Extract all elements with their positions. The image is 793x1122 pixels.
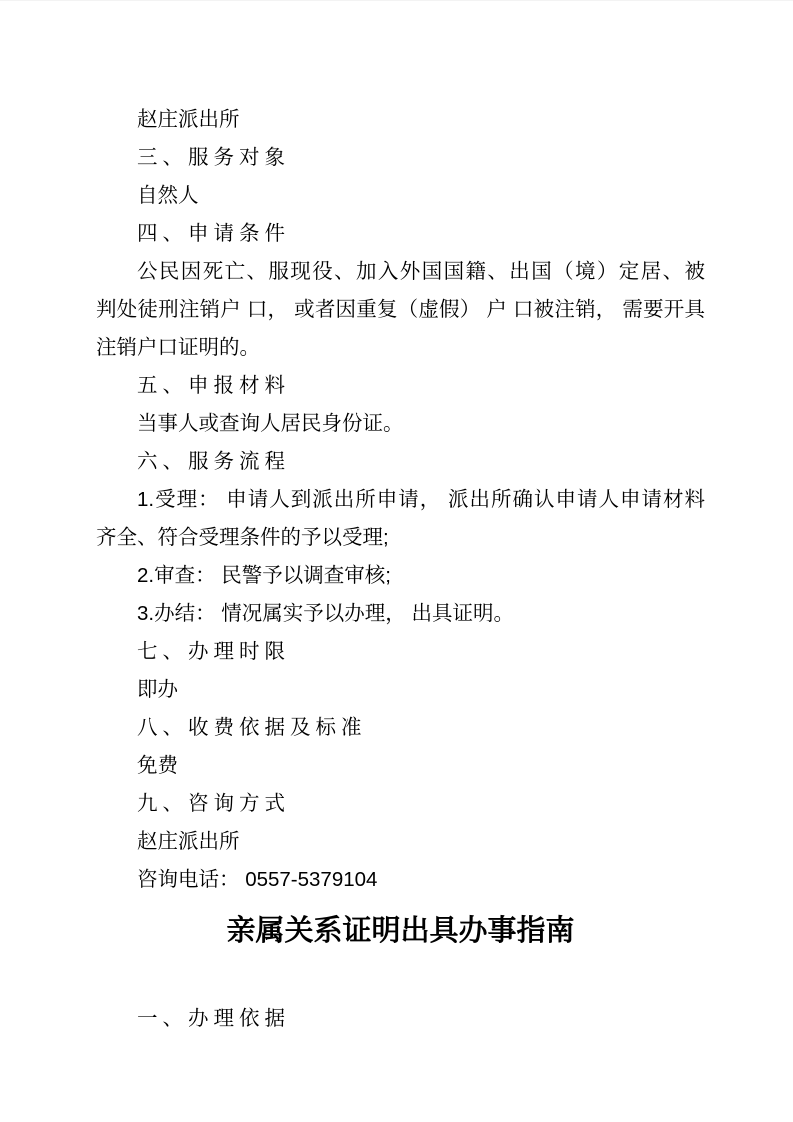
section-heading: 七、办理时限 — [96, 633, 705, 671]
text-line: 免费 — [96, 747, 705, 785]
section-heading: 八、收费依据及标准 — [96, 709, 705, 747]
section-heading: 四、申请条件 — [96, 215, 705, 253]
section-heading: 五、申报材料 — [96, 367, 705, 405]
section-heading: 三、服务对象 — [96, 139, 705, 177]
document-title: 亲属关系证明出具办事指南 — [96, 907, 705, 955]
text-line: 当事人或查询人居民身份证。 — [96, 405, 705, 443]
text-line: 赵庄派出所 — [96, 823, 705, 861]
section-heading: 九、咨询方式 — [96, 785, 705, 823]
text-line: 齐全、符合受理条件的予以受理; — [96, 519, 705, 557]
text-line: 判处徒刑注销户 口， 或者因重复（虚假） 户 口被注销， 需要开具 — [96, 291, 705, 329]
text-line: 注销户口证明的。 — [96, 329, 705, 367]
text-line: 咨询电话： 0557-5379104 — [96, 861, 705, 899]
section-heading: 六、服务流程 — [96, 443, 705, 481]
text-line: 赵庄派出所 — [96, 101, 705, 139]
text-line: 1.受理： 申请人到派出所申请， 派出所确认申请人申请材料 — [96, 481, 705, 519]
text-line: 2.审查： 民警予以调查审核; — [96, 557, 705, 595]
text-line: 公民因死亡、服现役、加入外国国籍、出国（境）定居、被 — [96, 253, 705, 291]
section-heading: 一、办理依据 — [96, 1000, 705, 1038]
document-page: 赵庄派出所三、服务对象自然人四、申请条件公民因死亡、服现役、加入外国国籍、出国（… — [0, 0, 793, 1122]
document-body: 赵庄派出所三、服务对象自然人四、申请条件公民因死亡、服现役、加入外国国籍、出国（… — [96, 101, 705, 1038]
text-line: 即办 — [96, 671, 705, 709]
text-line: 自然人 — [96, 177, 705, 215]
text-line: 3.办结： 情况属实予以办理， 出具证明。 — [96, 595, 705, 633]
